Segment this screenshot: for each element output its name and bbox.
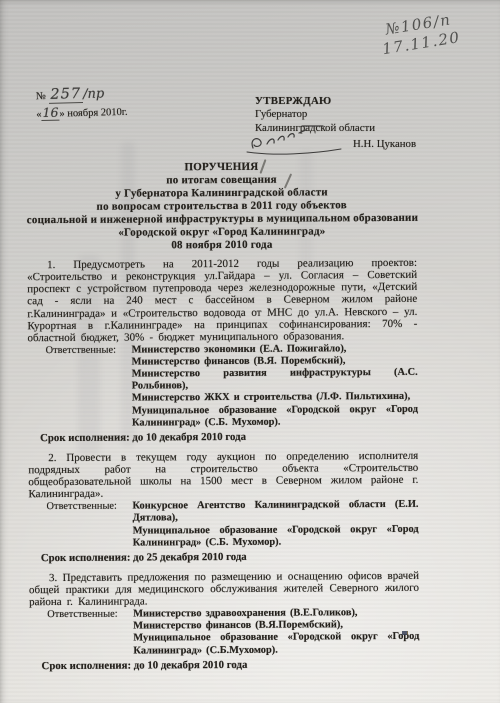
governor-signature-icon	[245, 124, 357, 158]
paper-speck	[402, 631, 407, 635]
responsible-block-2: Ответственные: Конкурсное Агентство Кали…	[46, 499, 418, 550]
document-body: ПОРУЧЕНИЯ по итогам совещания у Губернат…	[26, 160, 419, 680]
responsible-label: Ответственные:	[46, 501, 132, 550]
responsible-list: Министерство здравоохранения (В.Е.Голико…	[133, 607, 419, 657]
instruction-paragraph-1: 1. Предусмотреть на 2011-2012 годы реали…	[27, 257, 418, 344]
responsible-entry: Муниципальное образование «Городской окр…	[133, 631, 419, 657]
scanned-document-page: №106/п 17.11.20 № 257/пр «16» ноября 201…	[0, 0, 500, 703]
responsible-entry: Муниципальное образование «Городской окр…	[132, 403, 418, 429]
approval-word: УТВЕРЖДАЮ	[255, 95, 375, 108]
handwritten-doc-number: 257	[48, 86, 83, 104]
instruction-paragraph-2: 2. Провести в текущем году аукцион по оп…	[28, 450, 418, 501]
document-date-line: «16» ноября 2010г.	[36, 103, 128, 120]
instruction-paragraph-3: 3. Представить предложения по размещению…	[29, 570, 419, 609]
approval-block: УТВЕРЖДАЮ Губернатор Калининградской обл…	[255, 95, 375, 154]
document-number-block: № 257/пр «16» ноября 2010г.	[36, 85, 128, 120]
title-line: социальной и инженерной инфраструктуры в…	[27, 212, 417, 227]
responsible-entry: Муниципальное образование «Городской окр…	[133, 523, 419, 549]
handwritten-doc-number-suffix: /пр	[83, 86, 104, 102]
handwritten-corner-note: №106/п 17.11.20	[384, 0, 500, 58]
document-number-line: № 257/пр	[36, 85, 128, 103]
responsible-block-1: Ответственные: Министерство экономики (Е…	[46, 343, 419, 430]
responsible-list: Конкурсное Агентство Калининградской обл…	[132, 499, 418, 549]
document-title: ПОРУЧЕНИЯ по итогам совещания у Губернат…	[26, 160, 417, 253]
number-sign: №	[36, 91, 46, 102]
approval-position: Губернатор	[255, 108, 375, 121]
title-line: 08 ноября 2010 года	[27, 238, 417, 253]
handwritten-day: 16	[41, 105, 59, 121]
responsible-label: Ответственные:	[47, 609, 133, 658]
deadline-line-1: Срок исполнения: до 10 декабря 2010 года	[40, 430, 418, 444]
responsible-entry: Министерство ЖКХ и строительства (Л.Ф. П…	[132, 391, 418, 405]
signatory-name: Н.Н. Цуканов	[353, 138, 416, 151]
responsible-block-3: Ответственные: Министерство здравоохране…	[47, 607, 419, 658]
date-month-year: ноября 2010г.	[65, 107, 128, 120]
responsible-entry: Министерство развития инфраструктуры (А.…	[132, 367, 418, 393]
responsible-entry: Конкурсное Агентство Калининградской обл…	[132, 499, 418, 525]
deadline-line-2: Срок исполнения: до 25 декабря 2010 года	[41, 550, 419, 564]
deadline-line-3: Срок исполнения: до 10 декабря 2010 года	[41, 657, 419, 671]
signature-row: Н.Н. Цуканов	[255, 136, 375, 154]
responsible-label: Ответственные:	[46, 345, 133, 430]
responsible-list: Министерство экономики (Е.А. Пожигайло),…	[132, 343, 419, 429]
